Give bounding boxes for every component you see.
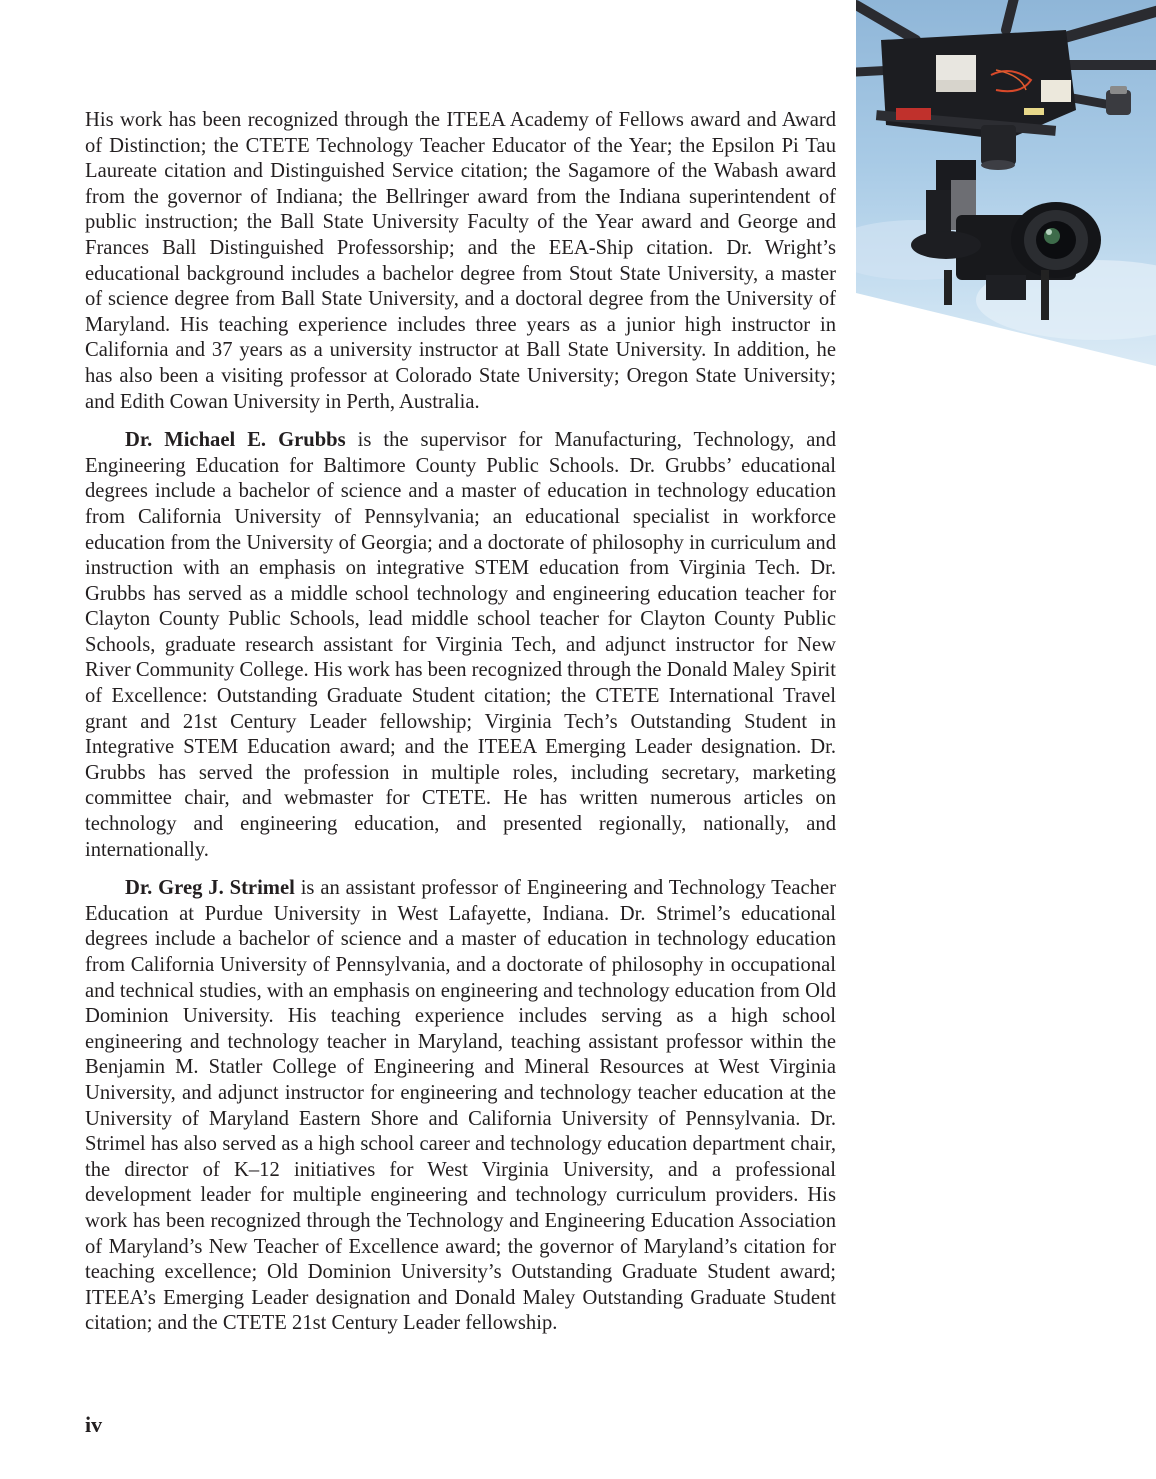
biography-text: His work has been recognized through the… [85, 108, 836, 1337]
drone-camera-illustration [856, 0, 1156, 370]
paragraph-strimel-bio: Dr. Greg J. Strimel is an assistant prof… [85, 876, 836, 1337]
bio-name-strimel: Dr. Greg J. Strimel [125, 877, 295, 899]
paragraph-text: His work has been recognized through the… [85, 109, 836, 413]
paragraph-grubbs-bio: Dr. Michael E. Grubbs is the supervisor … [85, 428, 836, 863]
page-number: iv [85, 1412, 102, 1438]
bio-name-grubbs: Dr. Michael E. Grubbs [125, 429, 346, 451]
drone-photo [856, 0, 1156, 370]
paragraph-wright-continued: His work has been recognized through the… [85, 108, 836, 415]
paragraph-text: is an assistant professor of Engineering… [85, 877, 836, 1334]
paragraph-text: is the supervisor for Manufacturing, Tec… [85, 429, 836, 861]
